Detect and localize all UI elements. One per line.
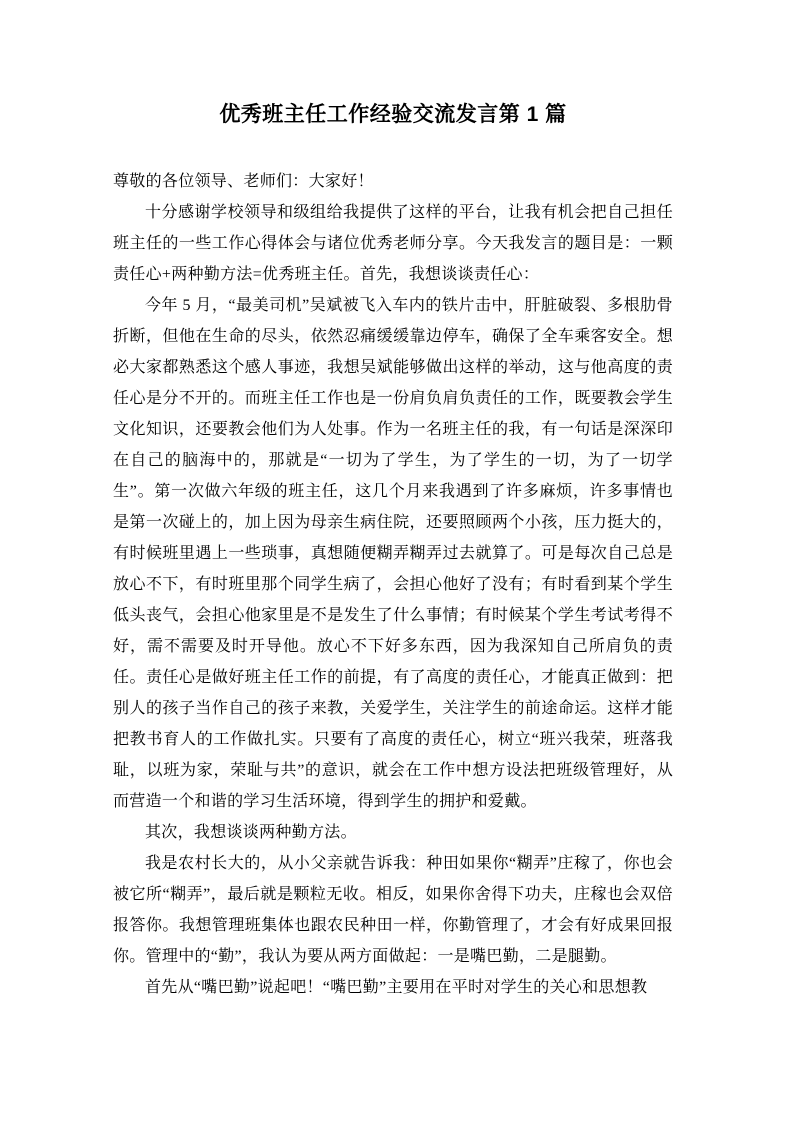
document-body: 尊敬的各位领导、老师们：大家好！ 十分感谢学校领导和级组给我提供了这样的平台，让… (113, 166, 673, 1003)
document-title: 优秀班主任工作经验交流发言第 1 篇 (113, 100, 673, 130)
document-content: 优秀班主任工作经验交流发言第 1 篇 尊敬的各位领导、老师们：大家好！ 十分感谢… (0, 0, 793, 1003)
paragraph-two-methods-intro: 其次，我想谈谈两种勤方法。 (113, 817, 673, 848)
paragraph-greeting: 尊敬的各位领导、老师们：大家好！ (113, 166, 673, 197)
paragraph-intro: 十分感谢学校领导和级组给我提供了这样的平台，让我有机会把自己担任班主任的一些工作… (113, 197, 673, 290)
paragraph-responsibility: 今年 5 月，“最美司机”吴斌被飞入车内的铁片击中，肝脏破裂、多根肋骨折断，但他… (113, 290, 673, 817)
document-page: 优秀班主任工作经验交流发言第 1 篇 尊敬的各位领导、老师们：大家好！ 十分感谢… (0, 0, 793, 1122)
paragraph-mouth-diligence: 首先从“嘴巴勤”说起吧！“嘴巴勤”主要用在平时对学生的关心和思想教 (113, 972, 673, 1003)
paragraph-farming-analogy: 我是农村长大的，从小父亲就告诉我：种田如果你“糊弄”庄稼了，你也会被它所“糊弄”… (113, 848, 673, 972)
